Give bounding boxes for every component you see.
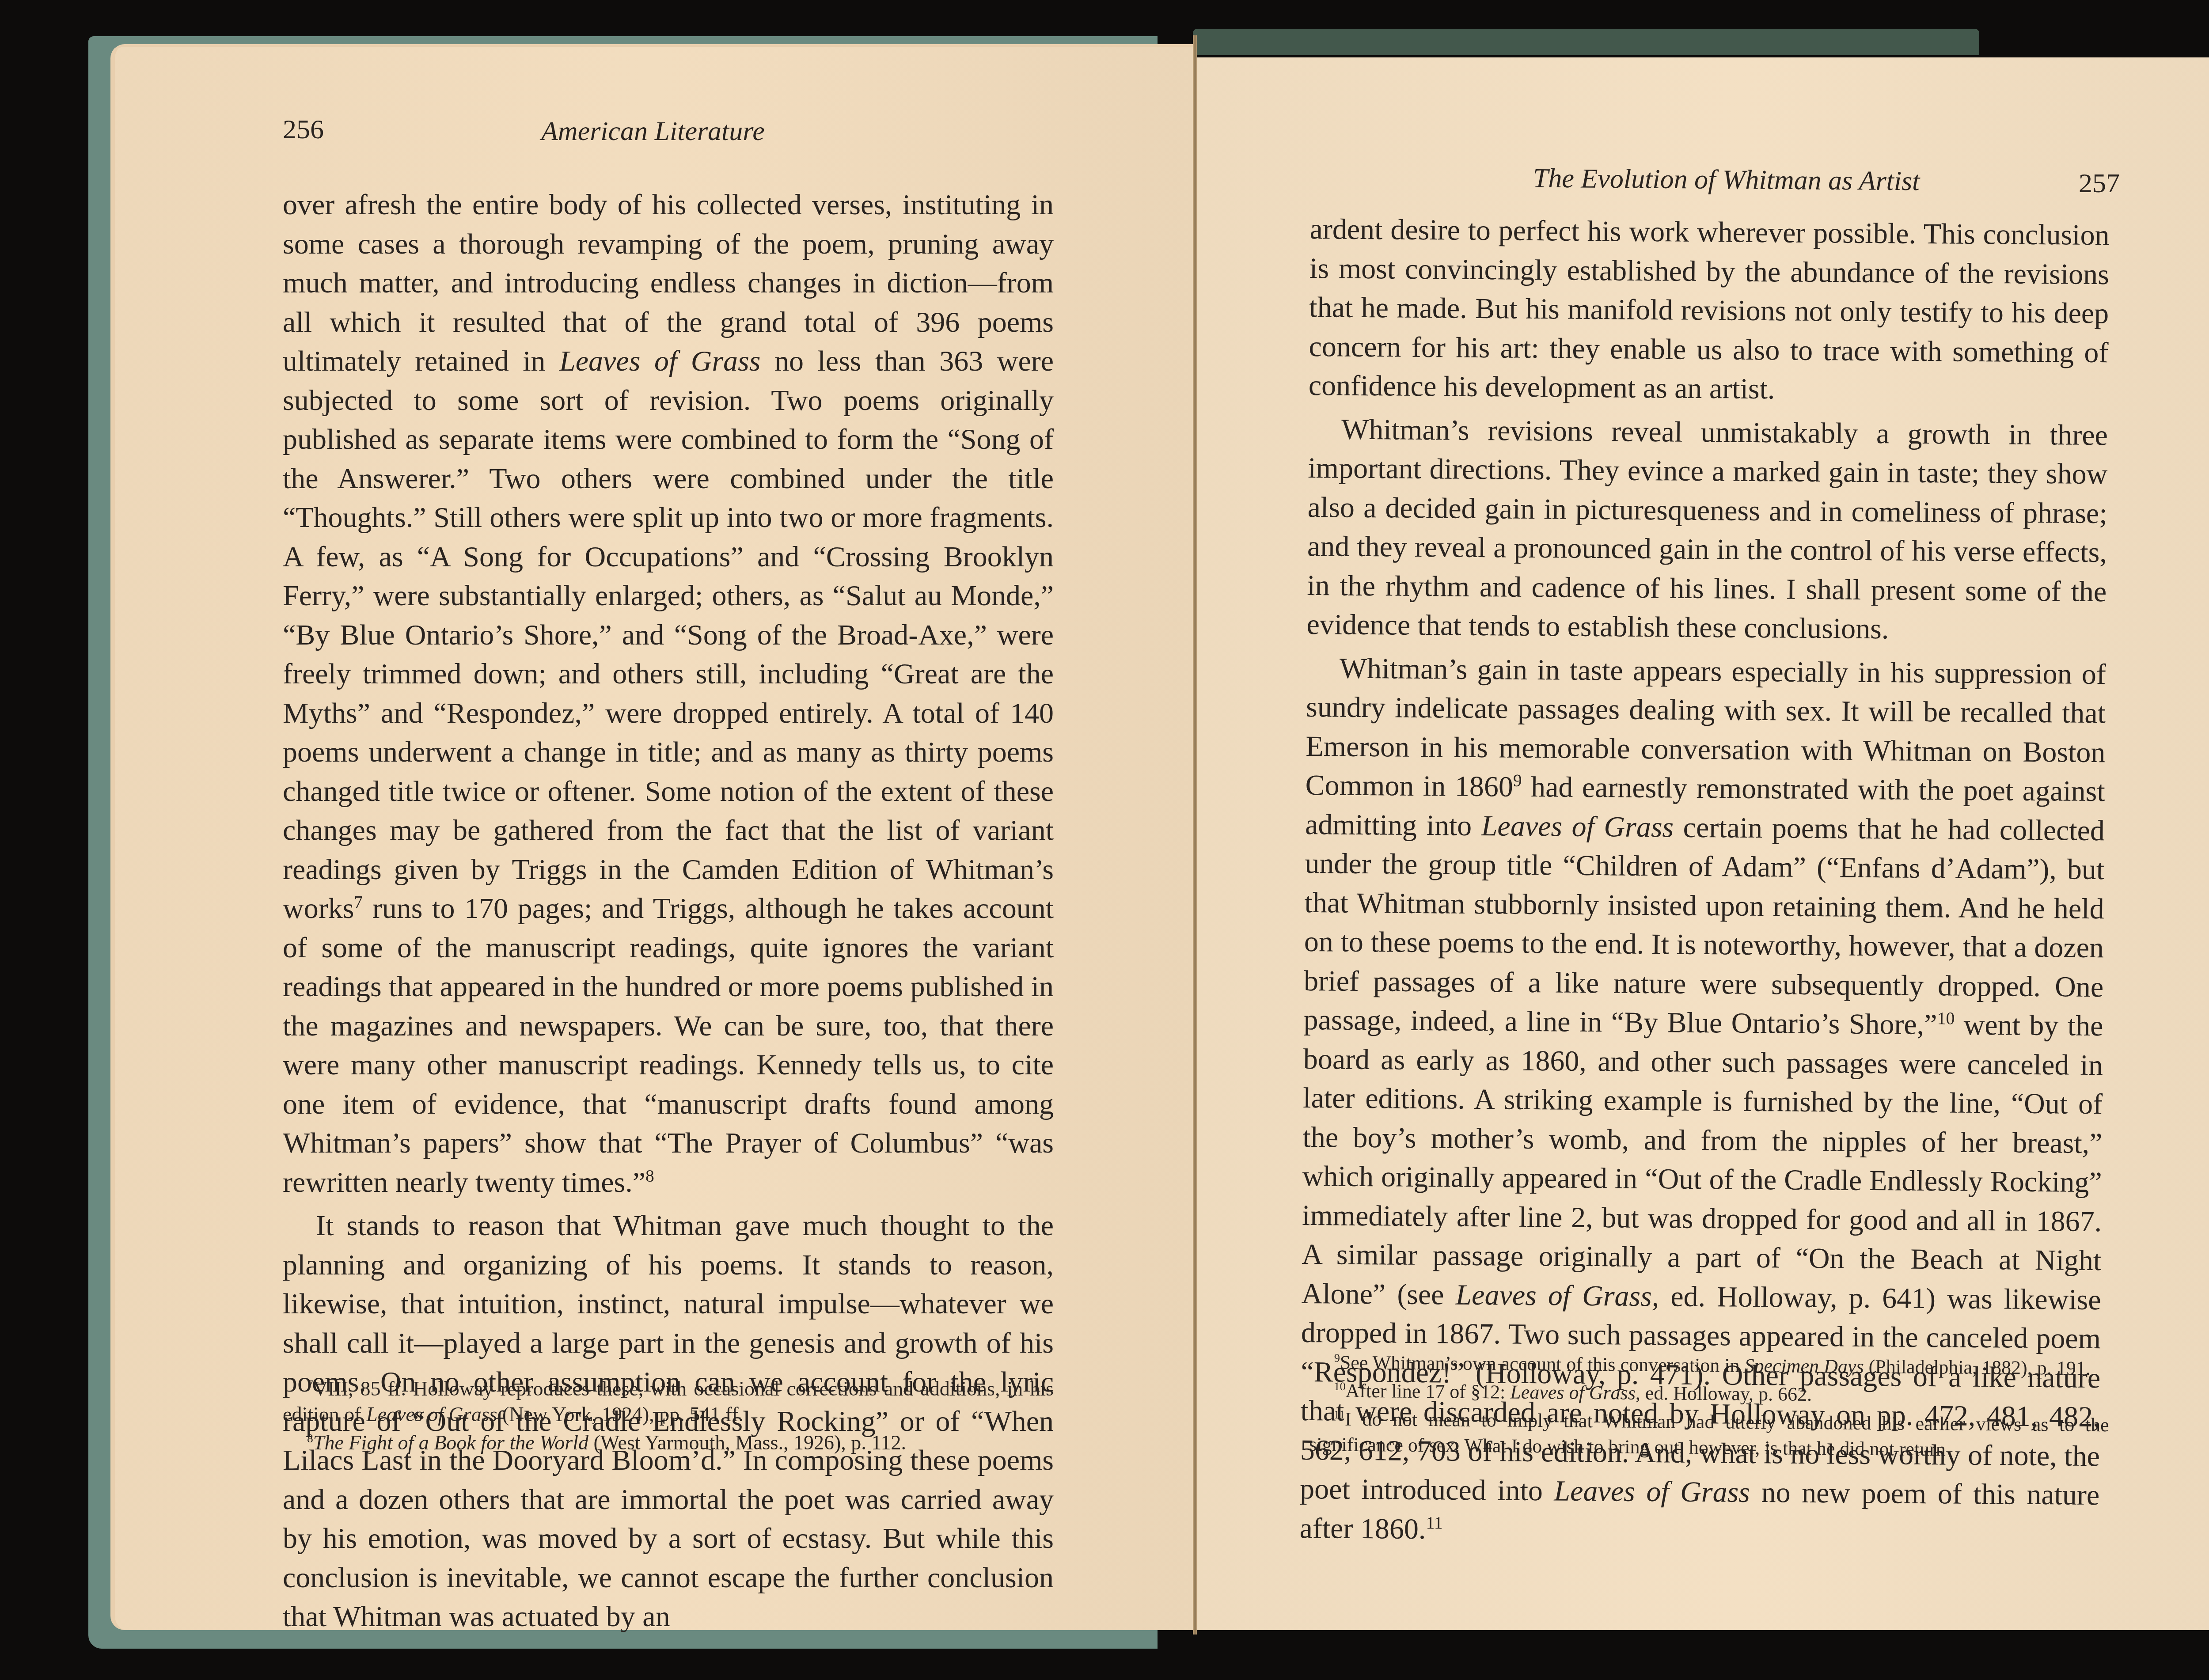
footnote-ref: 10: [1937, 1009, 1955, 1028]
footnote: 10After line 17 of §12: Leaves of Grass,…: [1309, 1378, 2109, 1410]
footnote-ref: 9: [1334, 1351, 1340, 1365]
text-run: After line 17 of §12:: [1345, 1380, 1510, 1403]
italic-title: Specimen Days: [1744, 1355, 1864, 1377]
footnote-ref: 8: [645, 1166, 654, 1186]
right-running-head: The Evolution of Whitman as Artist: [1533, 163, 1920, 197]
left-page-number: 256: [283, 114, 324, 145]
footnote-ref: 10: [1334, 1380, 1346, 1393]
text-run: See Whitman’s own account of this conver…: [1340, 1352, 1745, 1377]
text-run: no less than 363 were subjected to some …: [283, 345, 1054, 925]
italic-title: Leaves of Grass,: [1510, 1381, 1640, 1404]
text-run: (New York, 1924), pp. 541 ff.: [497, 1403, 744, 1426]
paragraph: ardent desire to perfect his work wherev…: [1309, 210, 2110, 412]
text-run: runs to 170 pages; and Triggs, although …: [283, 892, 1054, 1198]
paragraph: Whitman’s revisions reveal unmistakably …: [1306, 410, 2108, 650]
footnote-ref: 7: [307, 1377, 313, 1391]
right-page-number: 257: [2079, 168, 2120, 199]
paragraph: over afresh the entire body of his colle…: [283, 186, 1054, 1202]
text-run: (West Yarmouth, Mass., 1926), p. 112.: [588, 1431, 906, 1454]
italic-title: Leaves of Grass,: [1455, 1278, 1659, 1312]
footnote-ref: 11: [1426, 1513, 1442, 1532]
right-footnotes: 9See Whitman’s own account of this conve…: [1309, 1350, 2110, 1466]
text-run: I do not mean to imply that Whitman had …: [1309, 1408, 2109, 1460]
footnote-ref: 9: [1513, 771, 1522, 790]
left-footnotes: 7VIII, 85 ff. Holloway reproduces these,…: [283, 1376, 1054, 1458]
text-run: (Philadelphia, 1882), p. 191.: [1864, 1356, 2091, 1379]
italic-title: Leaves of Grass: [1554, 1475, 1750, 1508]
footnote: 11I do not mean to imply that Whitman ha…: [1309, 1406, 2109, 1464]
footnote-ref: 8: [307, 1431, 313, 1445]
footnote: 8The Fight of a Book for the World (West…: [283, 1430, 1054, 1456]
italic-title: The Fight of a Book for the World: [313, 1431, 588, 1454]
text-run: certain poems that he had collected unde…: [1303, 811, 2105, 1041]
left-running-head: American Literature: [541, 116, 765, 147]
text-run: ardent desire to perfect his work wherev…: [1309, 213, 2110, 405]
italic-title: Leaves of Grass: [366, 1403, 497, 1426]
book-gutter: [1193, 35, 1197, 1634]
footnote-ref: 7: [354, 892, 363, 912]
footnote-ref: 11: [1334, 1408, 1345, 1421]
book-cover-right: [1193, 29, 1979, 55]
italic-title: Leaves of Grass: [559, 345, 760, 377]
text-run: went by the board as early as 1860, and …: [1301, 1009, 2103, 1311]
footnote: 7VIII, 85 ff. Holloway reproduces these,…: [283, 1376, 1054, 1427]
text-run: ed. Holloway, p. 662.: [1640, 1382, 1812, 1405]
italic-title: Leaves of Grass: [1481, 810, 1674, 843]
text-run: Whitman’s revisions reveal unmistakably …: [1306, 413, 2108, 645]
